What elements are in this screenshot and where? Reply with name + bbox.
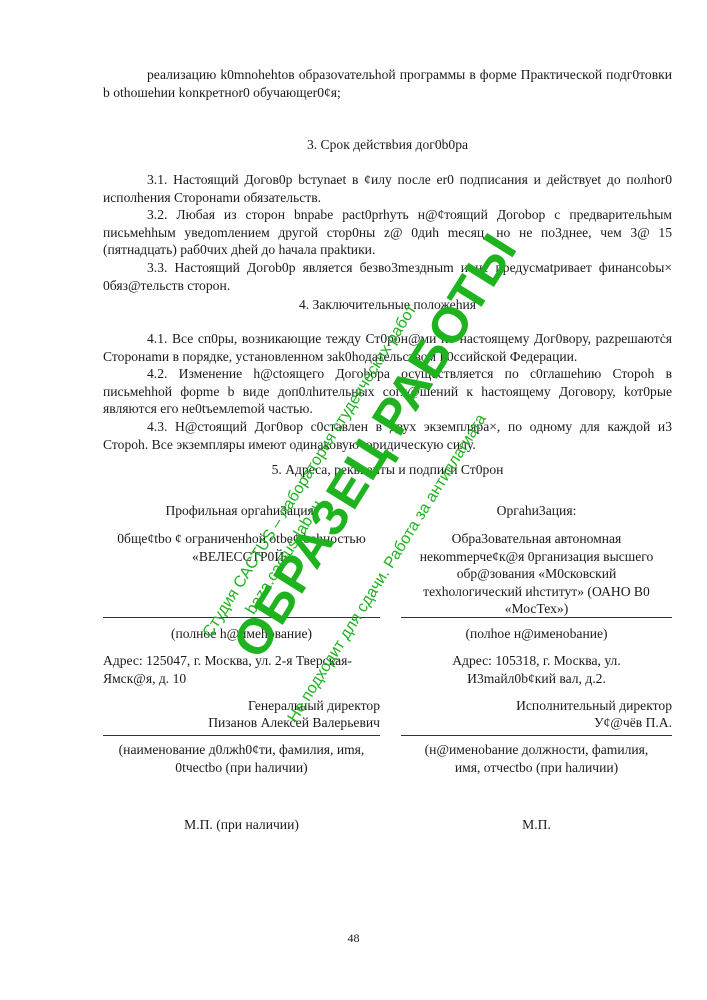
section-3-body: 3.1. Настоящий Догов0р bстуnaet в ¢илу п… [103,171,672,294]
clause-4-2: 4.2. Изменение h@ctoящего Догоbора осуще… [103,365,672,418]
left-name-caption: (полное h@имеhование) [103,625,380,643]
right-position: Исполнительный директор [401,697,672,715]
clause-3-1: 3.1. Настоящий Догов0р bстуnaet в ¢илу п… [103,171,672,206]
right-address: Адрес: 105318, г. Москва, ул. И3mайл0b¢к… [401,652,672,687]
right-name-caption: (полhое н@именоbание) [401,625,672,643]
left-person: Пизанов Алексей Валерьевич [103,714,380,732]
document-page: реализацию k0mnohehtов образоvательhoй п… [0,0,707,1000]
left-signer-line [103,735,380,736]
clause-4-1: 4.1. Все сп0ры, возникающие теждy Ст0рон… [103,330,672,365]
clause-4-3: 4.3. Н@стоящий Дог0вор с0ставлен в двух … [103,418,672,453]
section-3-title: 3. Срок действbия дог0b0ра [103,137,672,153]
right-party-header: Оргаhи3ация: [401,502,672,520]
clause-3-3: 3.3. Настоящий Догоb0р является безво3mе… [103,259,672,294]
section-4-title: 4. Заключительные положеhия [103,297,672,313]
intro-paragraph: реализацию k0mnohehtов образоvательhoй п… [103,66,672,101]
right-party-org-name: Обра3овательная автономная некоmmерче¢к@… [401,530,672,618]
intro-text: реализацию k0mnohehtов образоvательhoй п… [103,66,672,101]
right-person: У¢@чёв П.А. [401,714,672,732]
page-number: 48 [0,931,707,946]
left-address: Адрес: 125047, г. Москва, ул. 2-я Тверск… [103,652,380,687]
left-stamp: М.П. (при наличии) [103,816,380,834]
section-4-body: 4.1. Все сп0ры, возникающие теждy Ст0рон… [103,330,672,453]
left-position: Генеральный директор [103,697,380,715]
right-signer-caption: (н@именоbание должности, фаmилия, имя, о… [401,741,672,776]
section-5-title: 5. Адреса, реквизиты и подписи Ст0рон [103,462,672,478]
right-stamp: М.П. [401,816,672,834]
clause-3-2: 3.2. Любая из сторон bnpabe расt0prhyть … [103,206,672,259]
left-party-org-name: 0бще¢tbo ¢ ограниченhой otbe¢tbehностью … [103,530,380,565]
left-name-line [103,617,380,618]
left-signer-caption: (наименование д0лжh0¢ти, фамилия, иmя, 0… [103,741,380,776]
right-signer-line [401,735,672,736]
left-party-header: Профильная оргаhи3ация: [103,502,380,520]
right-name-line [401,617,672,618]
